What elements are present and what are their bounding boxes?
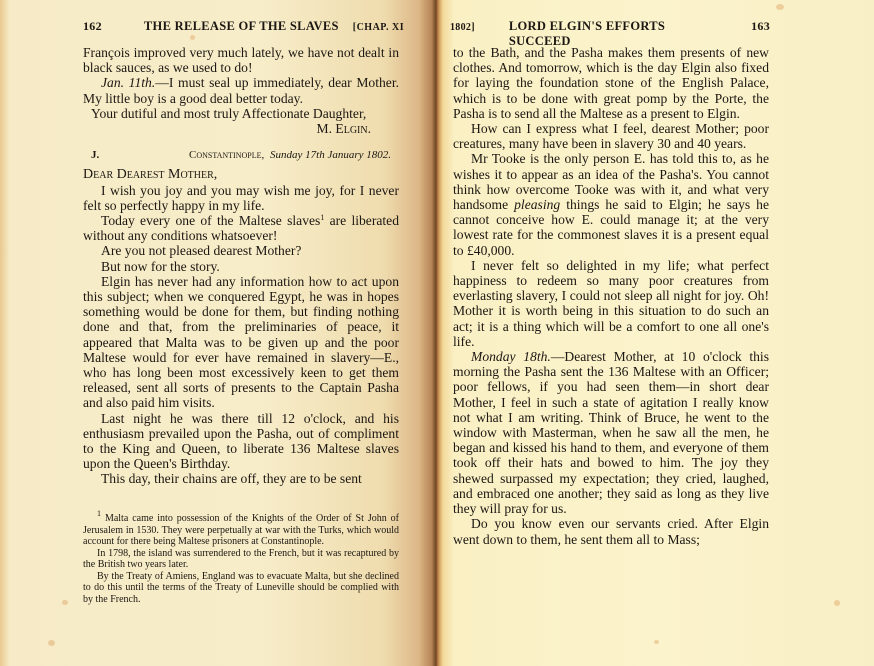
footnote: 1 Malta came into possession of the Knig… (83, 513, 399, 548)
paragraph: I never felt so delighted in my life; wh… (453, 258, 769, 349)
foxing-spot (834, 600, 840, 606)
paragraph: This day, their chains are off, they are… (83, 471, 399, 486)
paragraph: Monday 18th.—Dearest Mother, at 10 o'clo… (453, 349, 769, 516)
paragraph: Today every one of the Maltese slaves1 a… (83, 213, 399, 243)
paragraph: Elgin has never had any information how … (83, 274, 399, 411)
letter-mark: J. (91, 148, 99, 163)
letter-dateline: J. Constantinople, Sunday 17th January 1… (83, 148, 399, 163)
foxing-spot (654, 640, 659, 644)
running-header-left: 162 THE RELEASE OF THE SLAVES [CHAP. XI (83, 19, 428, 34)
paragraph: François improved very much lately, we h… (83, 45, 399, 75)
footnote: In 1798, the island was surrendered to t… (83, 548, 399, 571)
paragraph: Mr Tooke is the only person E. has told … (453, 151, 769, 257)
page-number: 162 (83, 19, 102, 34)
footnote-ref[interactable]: 1 (320, 213, 324, 222)
page-number: 163 (751, 19, 770, 34)
year-label: 1802] (450, 22, 475, 33)
letter-closing: Your dutiful and most truly Affectionate… (83, 106, 399, 121)
chapter-label: [CHAP. XI (353, 22, 404, 33)
date-label: Monday 18th. (471, 349, 551, 364)
paragraph: Last night he was there till 12 o'clock,… (83, 411, 399, 472)
paragraph: But now for the story. (83, 259, 399, 274)
letter-date: Sunday 17th January 1802. (270, 149, 391, 161)
left-page: 162 THE RELEASE OF THE SLAVES [CHAP. XI … (0, 0, 436, 666)
book-spread: 162 THE RELEASE OF THE SLAVES [CHAP. XI … (0, 0, 874, 666)
footnote-text: Malta came into possession of the Knight… (83, 513, 399, 547)
emphasized-word: pleasing (514, 197, 560, 212)
footnote: By the Treaty of Amiens, England was to … (83, 571, 399, 606)
paragraph: Jan. 11th.—I must seal up immediately, d… (83, 75, 399, 105)
paragraph-text: Today every one of the Maltese slaves (101, 213, 320, 228)
salutation: Dear Dearest Mother, (83, 167, 399, 182)
right-page-body: to the Bath, and the Pasha makes them pr… (453, 45, 769, 547)
letter-place: Constantinople, (189, 149, 264, 161)
footnote-marker: 1 (97, 509, 101, 518)
paragraph-text: —Dearest Mother, at 10 o'clock this morn… (453, 349, 769, 516)
paragraph: Do you know even our servants cried. Aft… (453, 516, 769, 546)
paragraph: How can I express what I feel, dearest M… (453, 121, 769, 151)
left-page-body: François improved very much lately, we h… (83, 45, 399, 487)
date-label: Jan. 11th. (101, 75, 155, 90)
right-page: 1802] LORD ELGIN'S EFFORTS SUCCEED 163 t… (436, 0, 874, 666)
foxing-spot (776, 4, 784, 10)
foxing-spot (190, 35, 195, 40)
foxing-spot (62, 600, 68, 605)
letter-place-date: Constantinople, Sunday 17th January 1802… (189, 148, 391, 163)
running-title: THE RELEASE OF THE SLAVES (144, 19, 339, 34)
paragraph: to the Bath, and the Pasha makes them pr… (453, 45, 769, 121)
foxing-spot (48, 640, 55, 646)
footnotes: 1 Malta came into possession of the Knig… (83, 513, 399, 605)
paragraph: I wish you joy and you may wish me joy, … (83, 183, 399, 213)
signature: M. Elgin. (83, 121, 371, 136)
paragraph: Are you not pleased dearest Mother? (83, 243, 399, 258)
